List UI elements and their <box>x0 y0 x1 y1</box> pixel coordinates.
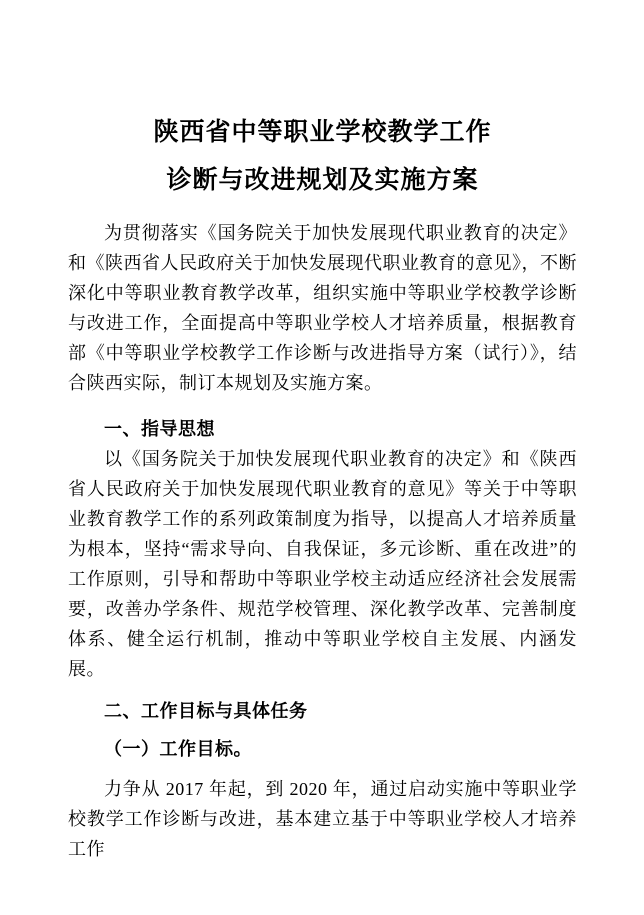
section-2-subheading: （一）工作目标。 <box>68 734 577 764</box>
document-title-line-1: 陕西省中等职业学校教学工作 <box>68 108 577 156</box>
document-page: 陕西省中等职业学校教学工作 诊断与改进规划及实施方案 为贯彻落实《国务院关于加快… <box>0 0 644 915</box>
document-title: 陕西省中等职业学校教学工作 诊断与改进规划及实施方案 <box>68 108 577 204</box>
intro-paragraph: 为贯彻落实《国务院关于加快发展现代职业教育的决定》和《陕西省人民政府关于加快发展… <box>68 218 577 398</box>
section-2-heading: 二、工作目标与具体任务 <box>68 696 577 726</box>
section-1-heading: 一、指导思想 <box>68 414 577 444</box>
document-title-line-2: 诊断与改进规划及实施方案 <box>68 156 577 204</box>
section-1-paragraph: 以《国务院关于加快发展现代职业教育的决定》和《陕西省人民政府关于加快发展现代职业… <box>68 444 577 684</box>
section-2-paragraph: 力争从 2017 年起，到 2020 年，通过启动实施中等职业学校教学工作诊断与… <box>68 774 577 864</box>
